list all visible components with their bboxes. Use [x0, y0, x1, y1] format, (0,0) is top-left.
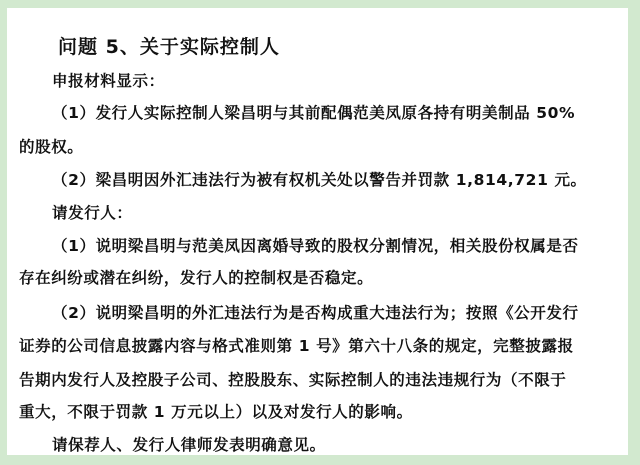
request-heading: 请发行人：	[52, 201, 133, 223]
closing-text: 请保荐人、发行人律师发表明确意见。	[52, 433, 326, 455]
request-2-line-1: （2）说明梁昌明的外汇违法行为是否构成重大违法行为；按照《公开发行	[52, 301, 579, 323]
request-2-line-2: 证券的公司信息披露内容与格式准则第 1 号》第六十八条的规定，完整披露报	[19, 334, 574, 356]
request-1-line-2: 存在纠纷或潜在纠纷，发行人的控制权是否稳定。	[19, 266, 373, 288]
intro-text: 申报材料显示：	[52, 69, 165, 91]
section-title: 问题 5、关于实际控制人	[58, 32, 280, 59]
request-1-line-1: （1）说明梁昌明与范美凤因离婚导致的股权分割情况，相关股份权属是否	[52, 234, 579, 256]
fact-2-line-1: （2）梁昌明因外汇违法行为被有权机关处以警告并罚款 1,814,721 元。	[52, 168, 587, 190]
fact-1-line-1: （1）发行人实际控制人梁昌明与其前配偶范美凤原各持有明美制品 50%	[52, 101, 575, 123]
fact-1-line-2: 的股权。	[19, 135, 83, 157]
request-2-line-4: 重大，不限于罚款 1 万元以上）以及对发行人的影响。	[19, 400, 413, 422]
request-2-line-3: 告期内发行人及控股子公司、控股股东、实际控制人的违法违规行为（不限于	[19, 368, 566, 390]
